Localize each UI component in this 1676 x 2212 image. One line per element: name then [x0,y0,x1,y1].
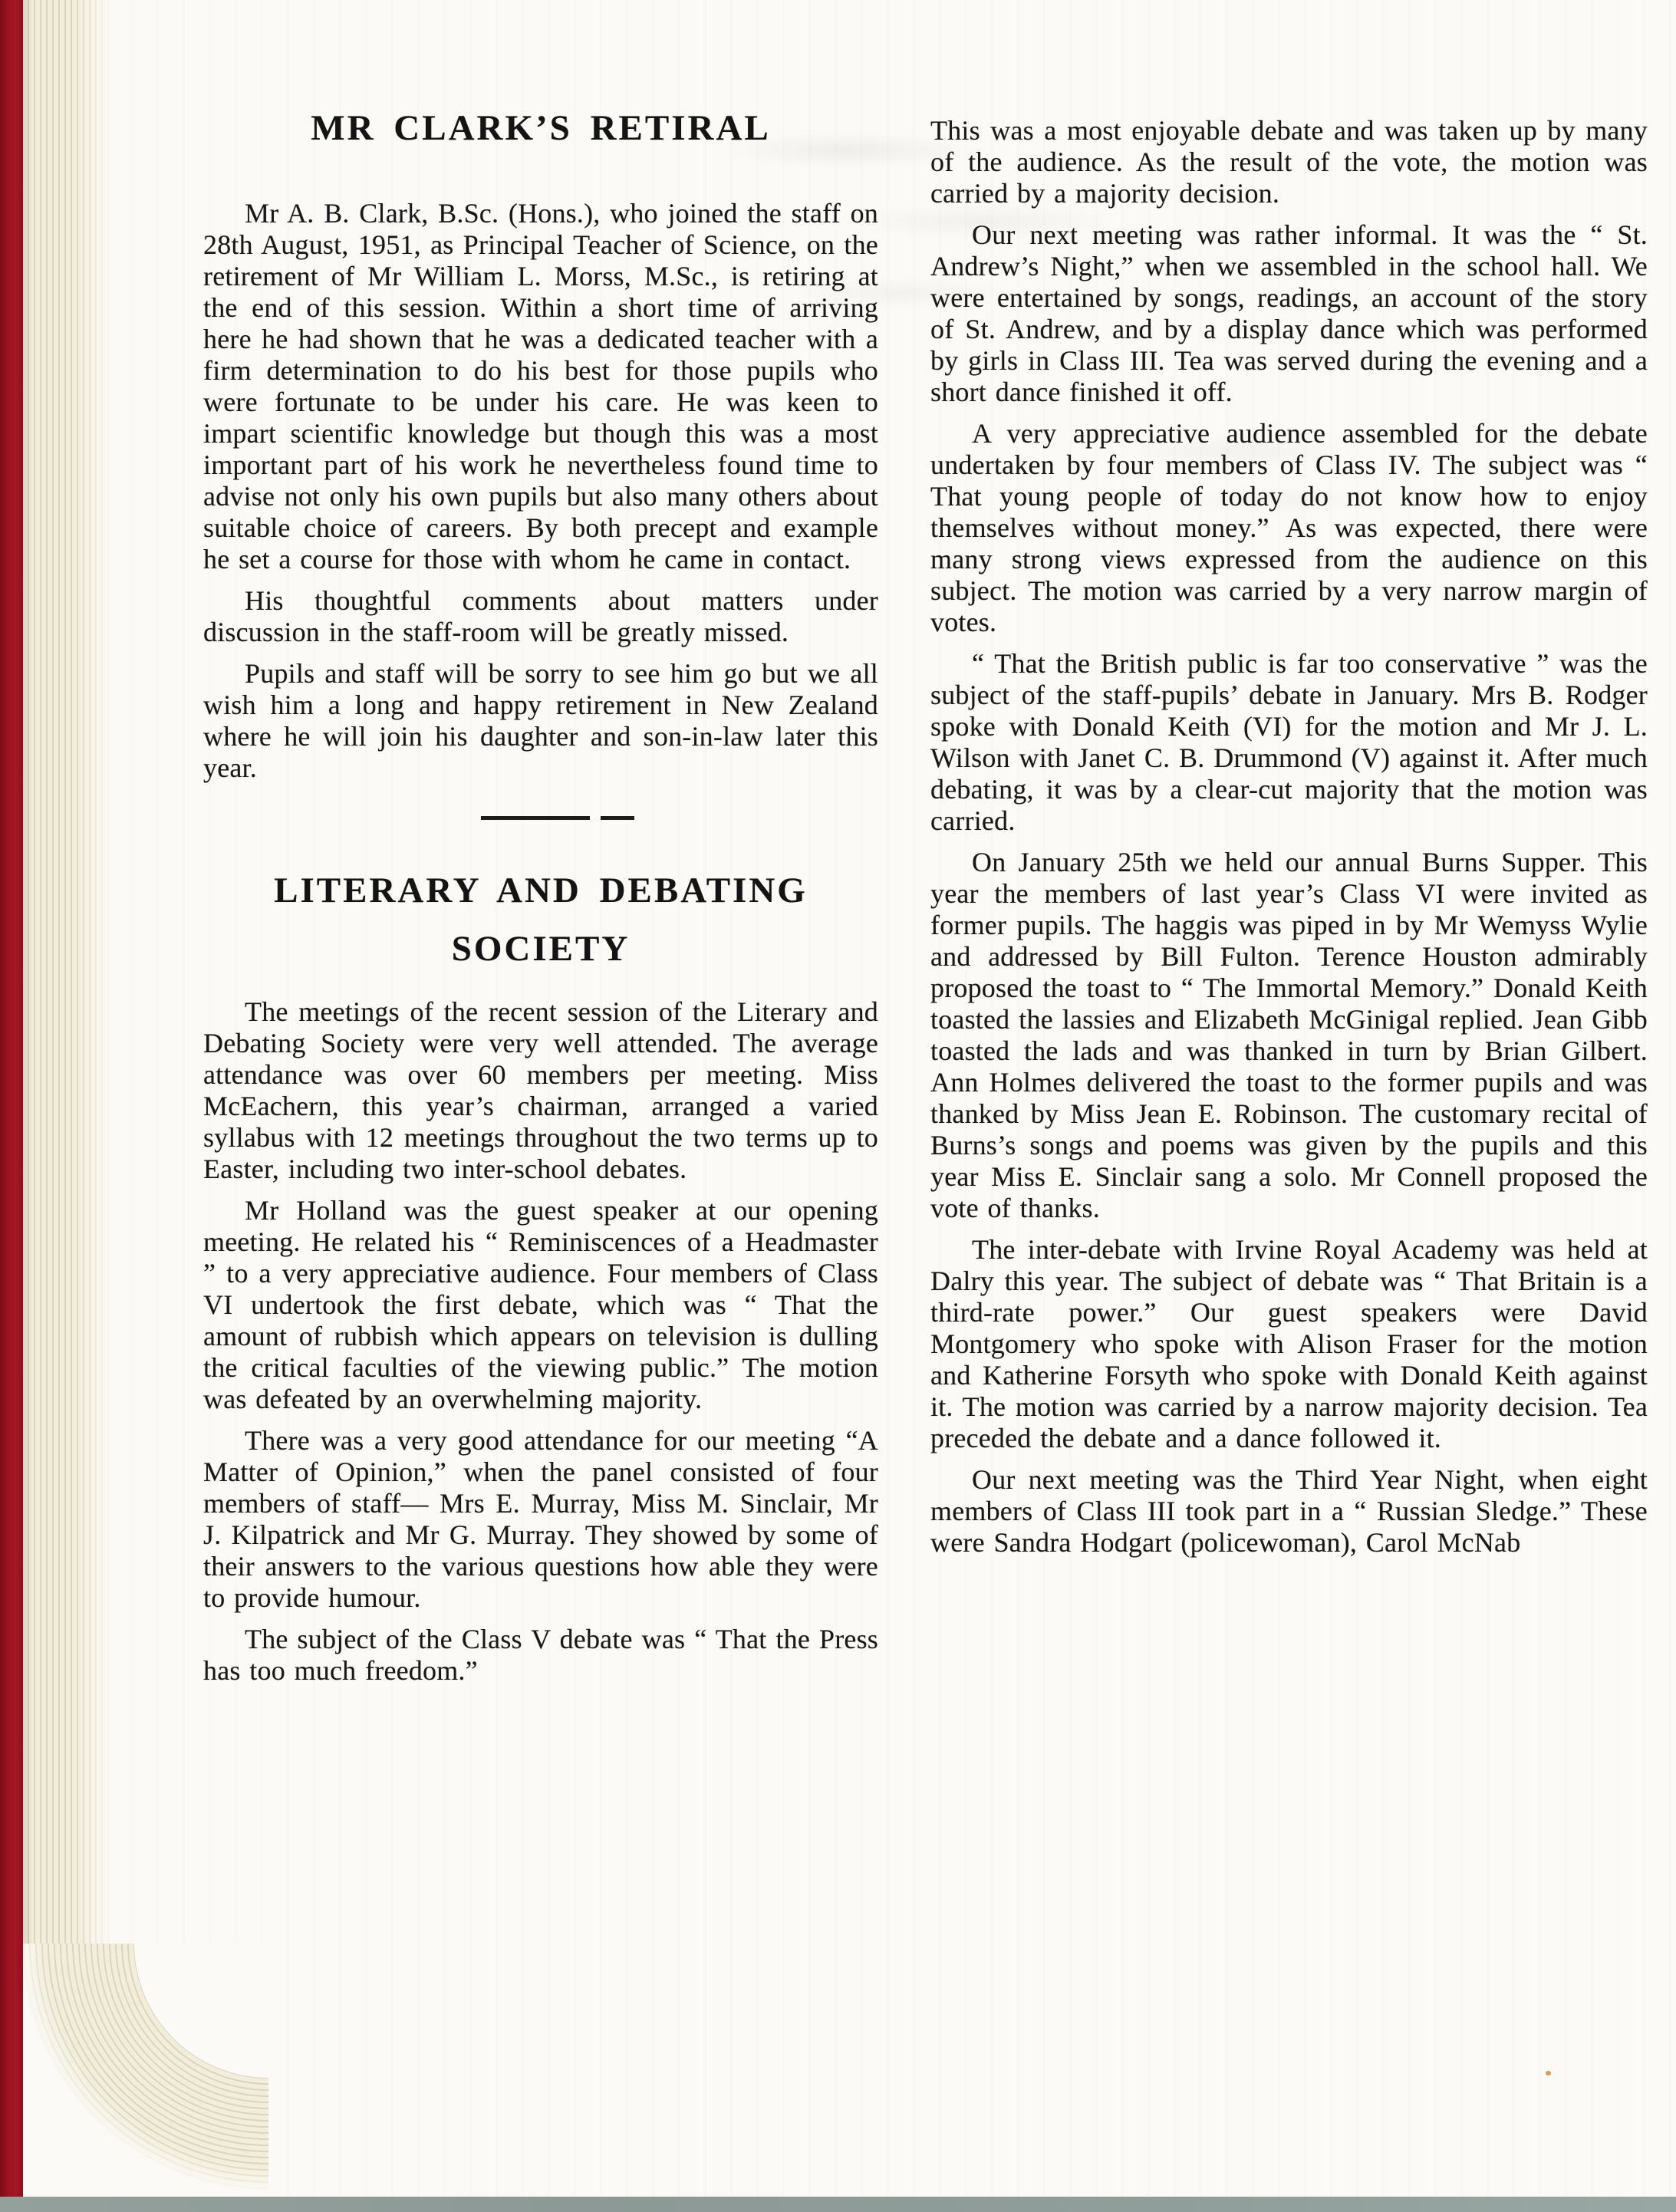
body-paragraph: This was a most enjoyable debate and was… [930,115,1648,209]
body-paragraph: The subject of the Class V debate was “ … [203,1624,878,1687]
body-paragraph: The inter-debate with Irvine Royal Acade… [930,1234,1648,1454]
body-paragraph: Mr A. B. Clark, B.Sc. (Hons.), who joine… [203,198,878,575]
book-page-edges [23,0,115,2212]
body-paragraph: Our next meeting was rather informal. It… [930,219,1648,408]
heading-line-1: LITERARY AND DEBATING [203,861,878,920]
right-column: This was a most enjoyable debate and was… [930,115,1648,1568]
heading-line-2: SOCIETY [203,920,878,978]
body-paragraph: There was a very good attendance for our… [203,1425,878,1614]
paper-speck [1546,2071,1551,2075]
body-paragraph: Mr Holland was the guest speaker at our … [203,1195,878,1415]
body-paragraph: A very appreciative audience assembled f… [930,418,1648,638]
body-paragraph: “ That the British public is far too con… [930,648,1648,837]
book-cover-spine [0,0,23,2212]
left-column: MR CLARK’S RETIRAL Mr A. B. Clark, B.Sc.… [203,107,878,1697]
scanned-magazine-page: MR CLARK’S RETIRAL Mr A. B. Clark, B.Sc.… [0,0,1676,2212]
article-heading-literary-debating-society: LITERARY AND DEBATING SOCIETY [203,861,878,978]
desk-surface [0,2197,1676,2212]
body-paragraph: His thoughtful comments about matters un… [203,585,878,648]
body-paragraph: Our next meeting was the Third Year Nigh… [930,1464,1648,1559]
article-heading-mr-clarks-retiral: MR CLARK’S RETIRAL [203,107,878,149]
body-paragraph: On January 25th we held our annual Burns… [930,847,1648,1224]
body-paragraph: Pupils and staff will be sorry to see hi… [203,658,878,784]
fanned-page-corner [23,1944,268,2197]
section-divider [481,816,634,820]
body-paragraph: The meetings of the recent session of th… [203,996,878,1185]
